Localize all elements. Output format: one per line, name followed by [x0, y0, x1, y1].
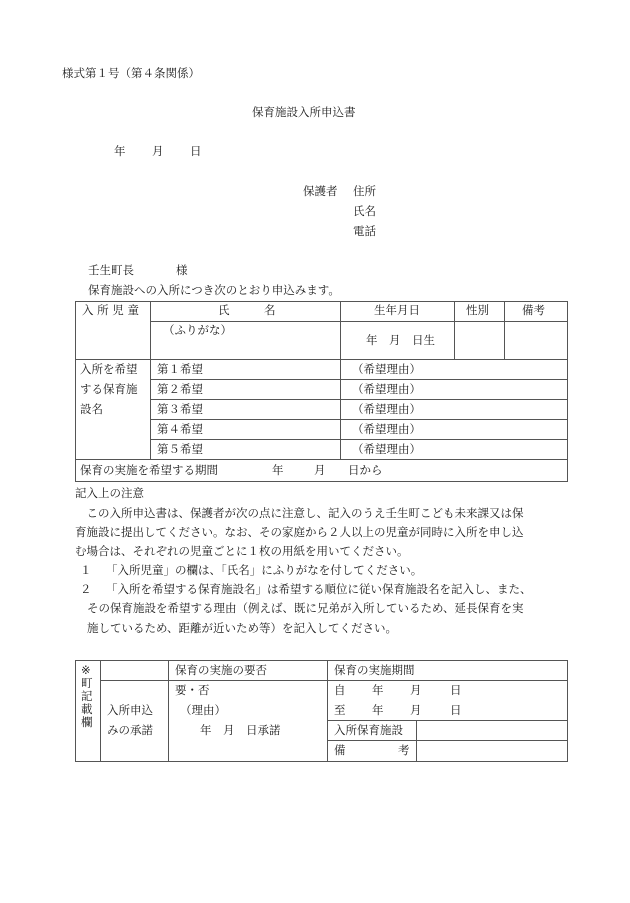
period-month: 月 — [314, 465, 326, 477]
notes-item-number: ２ — [80, 584, 92, 596]
page-title: 保育施設入所申込書 — [252, 107, 356, 119]
table-border-top — [75, 301, 568, 302]
approval-label-line: みの承諾 — [107, 725, 153, 737]
gender-field[interactable] — [456, 322, 503, 358]
child-name-field[interactable] — [152, 322, 339, 358]
guardian-name-label: 氏名 — [353, 206, 376, 218]
table-border-bottom — [75, 761, 568, 762]
period-to-month: 月 — [410, 705, 422, 717]
notes-item-line: 施しているため、距離が近いため等）を記入してください。 — [87, 623, 397, 635]
period-from-year: 年 — [372, 685, 384, 697]
table-line — [454, 301, 455, 359]
period-to-prefix: 至 — [334, 705, 346, 717]
table-border-right — [567, 301, 568, 482]
notes-heading: 記入上の注意 — [75, 488, 144, 500]
preference-reason: （希望理由） — [352, 424, 421, 436]
notes-item-line: その保育施設を希望する理由（例えば、既に兄弟が入所しているため、延長保育を実 — [87, 603, 524, 615]
gender-header: 性別 — [466, 305, 489, 317]
notes-field[interactable] — [506, 322, 566, 358]
preference-label: 第１希望 — [157, 364, 203, 376]
notes-paragraph-line: む場合は、それぞれの児童ごとに１枚の用紙を用いてください。 — [75, 546, 409, 558]
preference-label: 第４希望 — [157, 424, 203, 436]
notes-item-line: 「入所児童」の欄は、「氏名」にふりがなを付してください。 — [106, 565, 422, 577]
table-line — [150, 399, 568, 400]
reason-label: （理由） — [180, 705, 226, 717]
table-border-right — [567, 660, 568, 762]
facility-field[interactable] — [418, 721, 566, 739]
table-line — [150, 301, 151, 459]
date-year-label: 年 — [114, 146, 126, 158]
facility-label-line: 設名 — [80, 404, 103, 416]
table-line — [168, 660, 169, 762]
table-line — [150, 379, 568, 380]
table-line — [327, 660, 328, 762]
office-notes-label-right: 考 — [398, 745, 410, 757]
office-side-label-char: 載 — [81, 704, 93, 716]
period-from-month: 月 — [410, 685, 422, 697]
facility-label: 入所保育施設 — [334, 725, 403, 737]
period-from-prefix: 自 — [334, 685, 346, 697]
period-from-day: 日 — [450, 685, 462, 697]
preference-label: 第３希望 — [157, 404, 203, 416]
notes-item-line: 「入所を希望する保育施設名」は希望する順位に従い保育施設名を記入し、また、 — [106, 584, 532, 596]
period-header: 保育の実施期間 — [334, 665, 415, 677]
period-to-day: 日 — [450, 705, 462, 717]
table-line — [75, 459, 568, 460]
form-number: 様式第１号（第４条関係） — [62, 68, 200, 80]
table-line — [100, 680, 568, 681]
birthdate-header: 生年月日 — [374, 305, 420, 317]
office-side-label-char: 記 — [81, 691, 93, 703]
preference-label: 第５希望 — [157, 444, 203, 456]
table-line — [100, 660, 101, 762]
approval-label-line: 入所申込 — [107, 705, 153, 717]
child-header: 入 所 児 童 — [82, 305, 139, 317]
office-notes-label-left: 備 — [334, 745, 346, 757]
notes-item-number: １ — [80, 565, 92, 577]
preference-reason: （希望理由） — [352, 364, 421, 376]
guardian-label: 保護者 — [303, 186, 338, 198]
addressee-name: 壬生町長 — [88, 265, 134, 277]
office-notes-field[interactable] — [418, 741, 566, 760]
office-side-label-char: 町 — [81, 678, 93, 690]
preference-label: 第２希望 — [157, 384, 203, 396]
table-line — [75, 359, 568, 360]
notes-header: 備考 — [522, 305, 545, 317]
birthdate-value: 年 月 日生 — [366, 335, 435, 347]
period-to-year: 年 — [372, 705, 384, 717]
guardian-phone-label: 電話 — [353, 226, 376, 238]
table-line — [504, 301, 505, 359]
table-border-left — [75, 301, 76, 482]
facility-label-line: 入所を希望 — [80, 364, 138, 376]
notes-paragraph-line: この入所申込書は、保護者が次の点に注意し、記入のうえ壬生町こども未来課又は保 — [75, 508, 524, 520]
table-line — [416, 720, 417, 762]
office-side-label-char: ※ — [81, 665, 91, 677]
period-year: 年 — [272, 465, 284, 477]
date-day-label: 日 — [190, 146, 202, 158]
name-header: 氏 名 — [218, 305, 276, 317]
preference-reason: （希望理由） — [352, 404, 421, 416]
necessity-header: 保育の実施の要否 — [175, 665, 267, 677]
table-line — [150, 419, 568, 420]
table-line — [340, 301, 341, 459]
table-border-top — [75, 660, 568, 661]
table-border-left — [75, 660, 76, 762]
office-side-label-char: 欄 — [81, 717, 93, 729]
table-line — [150, 439, 568, 440]
date-month-label: 月 — [152, 146, 164, 158]
preference-reason: （希望理由） — [352, 384, 421, 396]
guardian-address-label: 住所 — [353, 186, 376, 198]
approval-date: 年 月 日承諾 — [200, 725, 281, 737]
period-day-from: 日から — [348, 465, 383, 477]
addressee-honorific: 様 — [176, 265, 188, 277]
notes-paragraph-line: 育施設に提出してください。なお、その家庭から２人以上の児童が同時に入所を申し込 — [75, 527, 524, 539]
facility-label-line: する保育施 — [80, 384, 138, 396]
intro-text: 保育施設への入所につき次のとおり申込みます。 — [88, 285, 340, 297]
table-border-bottom — [75, 481, 568, 482]
period-label: 保育の実施を希望する期間 — [80, 465, 218, 477]
preference-reason: （希望理由） — [352, 444, 421, 456]
necessity-options[interactable]: 要・否 — [175, 685, 210, 697]
